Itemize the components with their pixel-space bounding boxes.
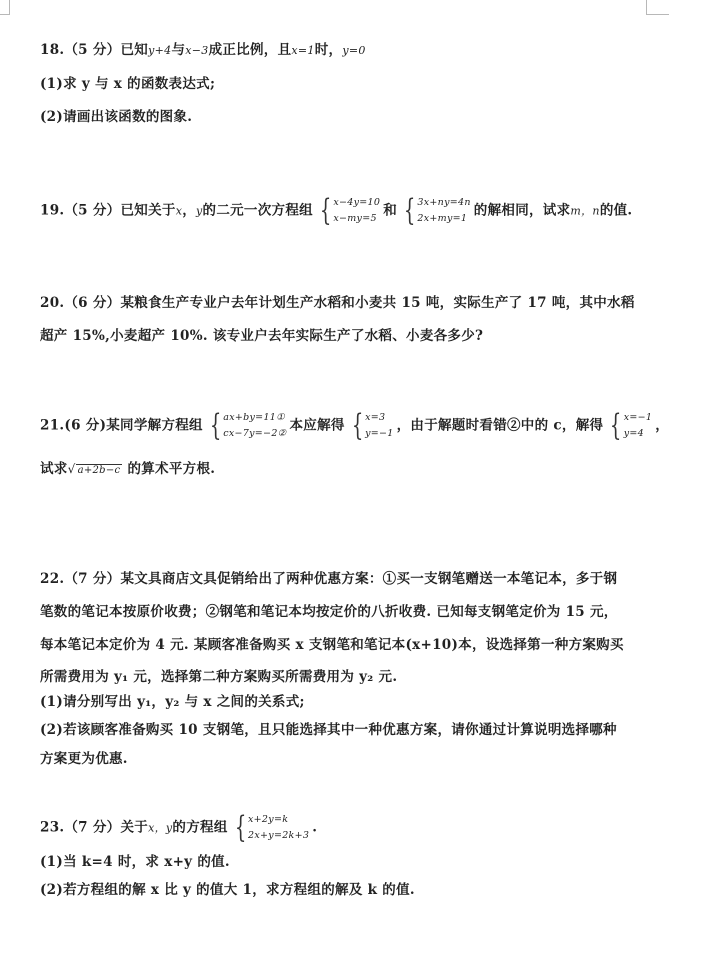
q22-line2: 笔数的笔记本按原价收费；②钢笔和笔记本均按定价的八折收费. 已知每支钢笔定价为 … [40,600,618,620]
q22-part2-cont: 方案更为优惠. [40,747,128,767]
q18-part2: (2)请画出该函数的图象. [40,105,192,125]
square-root-expression: √a+2b−c [68,462,123,476]
q22-line1: 22.（7 分）某文具商店文具促销给出了两种优惠方案：①买一支钢笔赠送一本笔记本… [40,567,617,587]
q20-line2: 超产 15%,小麦超产 10%. 该专业户去年实际生产了水稻、小麦各多少? [40,324,483,344]
q18-part1: (1)求 y 与 x 的函数表达式; [40,72,215,92]
q21-stem: 21.(6 分)某同学解方程组{ax+by=11①cx−7y=−2②本应解得{x… [40,410,669,442]
q22-line3: 每本笔记本定价为 4 元. 某顾客准备购买 x 支钢笔和笔记本(x+10)本，设… [40,633,624,653]
equation-system-2: {3x+ny=4n2x+my=1 [400,195,471,227]
crop-mark-left [0,0,10,15]
equation-system: {ax+by=11①cx−7y=−2② [206,410,287,442]
q19-stem: 19.（5 分）已知关于x，y的二元一次方程组{x−4y=10x−my=5和{3… [40,195,632,227]
crop-mark-right [646,0,669,15]
q23-stem: 23.（7 分）关于x，y的方程组{x+2y=k2x+y=2k+3. [40,812,317,844]
q21-line2: 试求√a+2b−c 的算术平方根. [40,457,215,477]
q22-part1: (1)请分别写出 y₁，y₂ 与 x 之间的关系式; [40,690,305,710]
q22-line4: 所需费用为 y₁ 元，选择第二种方案购买所需费用为 y₂ 元. [40,665,397,685]
q18-stem: 18.（5 分）已知y+4与x−3成正比例，且x=1时，y=0 [40,38,366,58]
q23-part2: (2)若方程组的解 x 比 y 的值大 1，求方程组的解及 k 的值. [40,878,415,898]
q20-line1: 20.（6 分）某粮食生产专业户去年计划生产水稻和小麦共 15 吨，实际生产了 … [40,291,635,311]
q22-part2: (2)若该顾客准备购买 10 支钢笔，且只能选择其中一种优惠方案，请你通过计算说… [40,718,617,738]
correct-solution: {x=3y=−1 [348,410,394,442]
q23-part1: (1)当 k=4 时，求 x+y 的值. [40,850,230,870]
wrong-solution: {x=−1y=4 [606,410,652,442]
equation-system: {x+2y=k2x+y=2k+3 [231,812,310,844]
equation-system-1: {x−4y=10x−my=5 [316,195,380,227]
